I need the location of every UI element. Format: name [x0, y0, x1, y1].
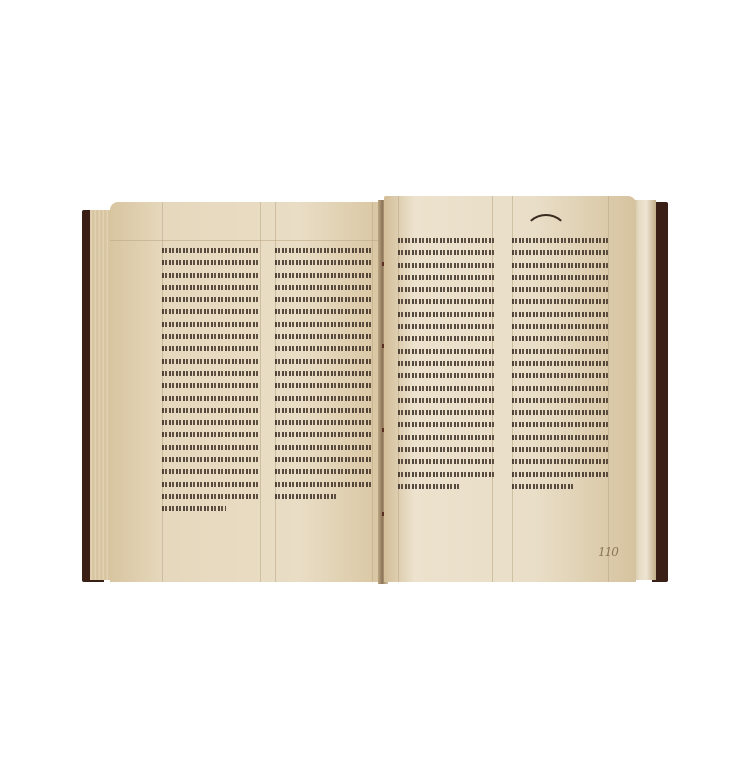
script-line [398, 406, 494, 418]
script-line [275, 404, 371, 416]
folio-number: 110 [598, 545, 618, 559]
script-line [512, 234, 608, 246]
script-line [512, 271, 608, 283]
script-line [275, 342, 371, 354]
text-column-right-1 [398, 234, 494, 492]
script-line [512, 468, 608, 480]
script-line [275, 293, 371, 305]
script-line [512, 406, 608, 418]
script-line [512, 246, 608, 258]
script-line [275, 392, 371, 404]
script-line [398, 345, 494, 357]
script-line [162, 342, 260, 354]
right-page [384, 196, 636, 582]
script-line [162, 453, 260, 465]
script-line [162, 318, 260, 330]
script-line [162, 367, 260, 379]
script-line [275, 367, 371, 379]
script-line [398, 394, 494, 406]
script-line [398, 455, 494, 467]
script-line [275, 465, 371, 477]
script-line [162, 256, 260, 268]
script-line [275, 379, 371, 391]
script-line [275, 428, 371, 440]
left-page [110, 202, 382, 582]
ruling-line [608, 196, 609, 582]
script-line [275, 244, 371, 256]
script-line [398, 443, 494, 455]
text-column-right-2 [512, 234, 608, 492]
script-line [275, 281, 371, 293]
script-line [512, 308, 608, 320]
script-line [398, 480, 494, 492]
script-line [275, 416, 371, 428]
script-line [162, 244, 260, 256]
script-line [162, 281, 260, 293]
script-line [275, 256, 371, 268]
script-line [275, 305, 371, 317]
script-line [275, 269, 371, 281]
script-line [162, 416, 260, 428]
script-line [162, 305, 260, 317]
script-line [162, 379, 260, 391]
script-line [512, 480, 608, 492]
ruling-line [110, 240, 382, 241]
script-line [512, 345, 608, 357]
script-line [398, 418, 494, 430]
script-line [512, 357, 608, 369]
script-line [162, 428, 260, 440]
script-line [398, 431, 494, 443]
script-line [162, 392, 260, 404]
script-line [398, 283, 494, 295]
script-line [398, 308, 494, 320]
script-line [398, 357, 494, 369]
script-line [398, 234, 494, 246]
script-line [398, 332, 494, 344]
script-line [275, 490, 371, 502]
script-line [398, 468, 494, 480]
script-line [162, 330, 260, 342]
ruling-line [372, 202, 373, 582]
script-line [275, 318, 371, 330]
script-line [398, 271, 494, 283]
script-line [398, 295, 494, 307]
script-line [162, 441, 260, 453]
script-line [162, 465, 260, 477]
script-line [512, 382, 608, 394]
script-line [275, 355, 371, 367]
manuscript-photo: 110 [0, 0, 755, 780]
script-line [275, 330, 371, 342]
text-column-left-2 [275, 244, 371, 502]
script-line [162, 502, 260, 514]
script-line [162, 293, 260, 305]
script-line [512, 394, 608, 406]
script-line [512, 332, 608, 344]
script-line [512, 431, 608, 443]
script-line [512, 369, 608, 381]
script-line [398, 320, 494, 332]
script-line [162, 269, 260, 281]
script-line [512, 418, 608, 430]
script-line [512, 295, 608, 307]
script-line [398, 259, 494, 271]
script-line [275, 441, 371, 453]
script-line [275, 478, 371, 490]
script-line [512, 443, 608, 455]
script-line [162, 478, 260, 490]
script-line [398, 246, 494, 258]
script-line [398, 369, 494, 381]
script-line [512, 259, 608, 271]
script-line [512, 283, 608, 295]
script-line [512, 455, 608, 467]
ruling-line [260, 202, 261, 582]
script-line [275, 453, 371, 465]
script-line [162, 355, 260, 367]
script-line [398, 382, 494, 394]
text-column-left-1 [162, 244, 260, 515]
script-line [162, 404, 260, 416]
script-line [512, 320, 608, 332]
script-line [162, 490, 260, 502]
